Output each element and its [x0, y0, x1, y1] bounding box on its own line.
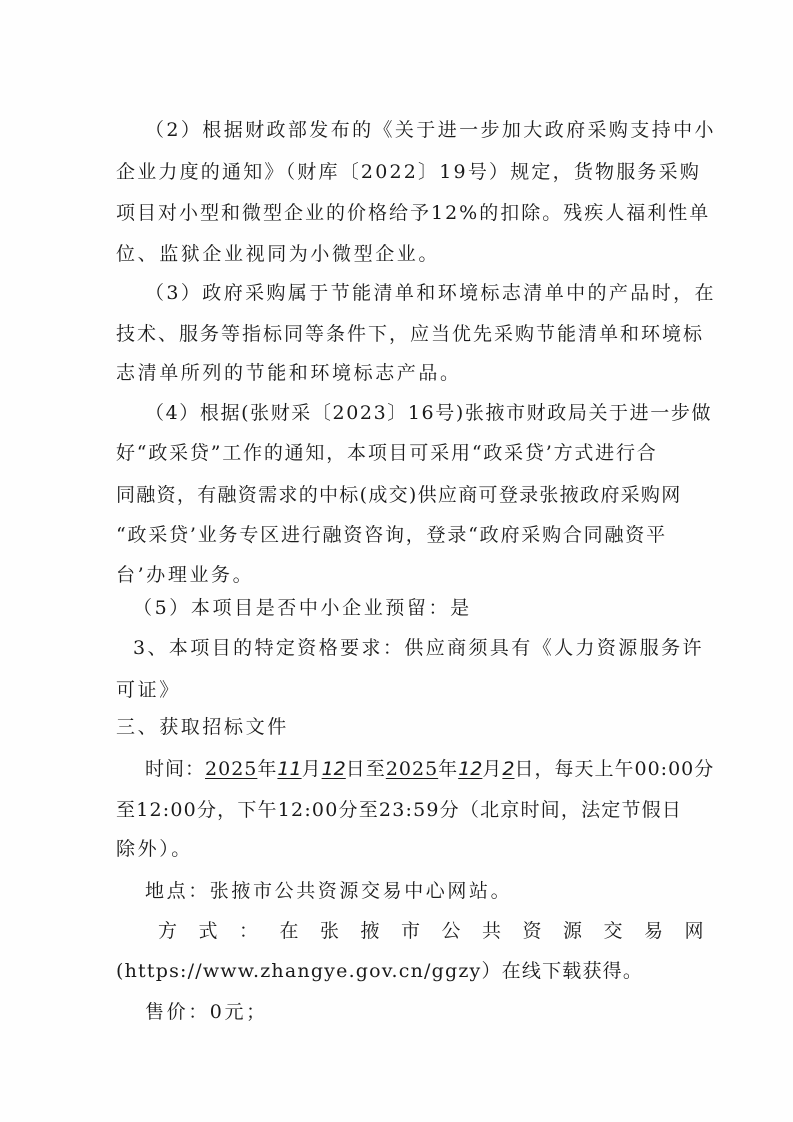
time-line1: 时间：2025年11月12日至2025年12月2日，每天上午00:00分 [145, 756, 705, 782]
item4-line4: “政采贷’业务专区进行融资咨询，登录“政府采购合同融资平 [116, 522, 676, 548]
item2-line4: 位、监狱企业视同为小微型企业。 [116, 241, 676, 267]
time-line2: 至12:00分，下午12:00分至23:59分（北京时间，法定节假日 [116, 797, 676, 823]
method-line1: 方式：在张掖市公共资源交易网 [158, 918, 718, 944]
section-heading-obtain-documents: 三、获取招标文件 [116, 714, 676, 740]
time-label: 时间： [145, 758, 205, 780]
day-char: 日 [514, 758, 534, 780]
item4-line3: 同融资，有融资需求的中标(成交)供应商可登录张掖政府采购网 [116, 482, 676, 508]
item2-line2: 企业力度的通知》（财库〔2022〕19号）规定，货物服务采购 [116, 159, 676, 185]
start-day: 12 [322, 758, 346, 780]
item4-line5: 台’办理业务。 [116, 562, 676, 588]
item4-line2: 好“政采贷”工作的通知，本项目可采用“政采贷’方式进行合 [116, 440, 676, 466]
item3-line3: 志清单所列的节能和环境标志产品。 [116, 360, 676, 386]
item3-line2: 技术、服务等指标同等条件下，应当优先采购节能清单和环境标 [116, 321, 676, 347]
year-char: 年 [438, 758, 458, 780]
month-char: 月 [302, 758, 322, 780]
item2-line3: 项目对小型和微型企业的价格给予12%的扣除。残疾人福利性单 [116, 200, 676, 226]
price-line: 售价：0元； [145, 999, 705, 1025]
method-line2: (https://www.zhangye.gov.cn/ggzy）在线下载获得。 [116, 958, 676, 984]
item5-line: （5）本项目是否中小企业预留：是 [133, 595, 693, 621]
end-year: 2025 [386, 758, 438, 780]
end-month: 12 [458, 758, 482, 780]
year-char: 年 [257, 758, 277, 780]
time-line3: 除外）。 [116, 836, 676, 862]
time-rest: ，每天上午00:00分 [535, 758, 715, 780]
document-page: （2）根据财政部发布的《关于进一步加大政府采购支持中小 企业力度的通知》（财库〔… [0, 0, 793, 1122]
month-char: 月 [482, 758, 502, 780]
to-char: 至 [366, 758, 386, 780]
point3-line2: 可证》 [116, 677, 676, 703]
item3-line1: （3）政府采购属于节能清单和环境标志清单中的产品时，在 [145, 280, 705, 306]
start-month: 11 [277, 758, 301, 780]
item4-line1: （4）根据(张财采〔2023〕16号)张掖市财政局关于进一步做 [145, 400, 705, 426]
item2-line1: （2）根据财政部发布的《关于进一步加大政府采购支持中小 [145, 117, 705, 143]
point3-line1: 3、本项目的特定资格要求：供应商须具有《人力资源服务许 [133, 635, 693, 661]
day-char: 日 [346, 758, 366, 780]
start-year: 2025 [205, 758, 257, 780]
end-day: 2 [502, 758, 514, 780]
location-line: 地点：张掖市公共资源交易中心网站。 [145, 878, 705, 904]
